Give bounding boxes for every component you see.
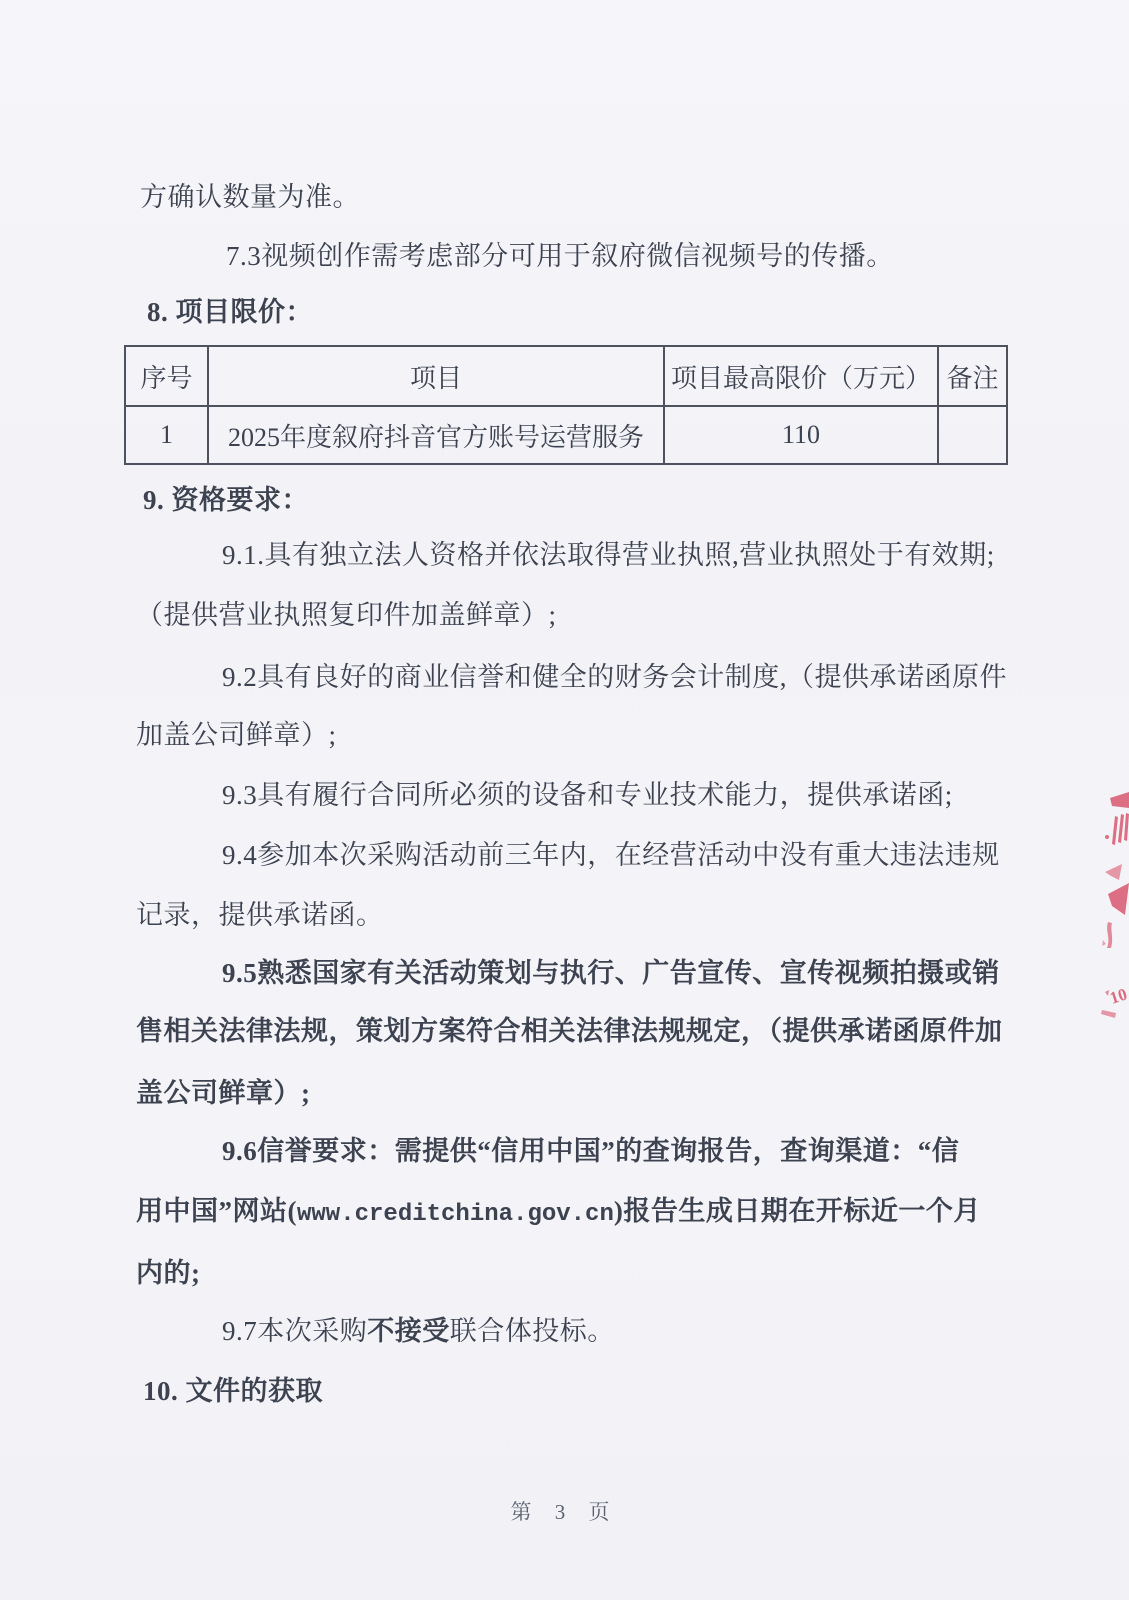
red-stamp-fragment: 10 (1090, 782, 1129, 1022)
heading-10: 10. 文件的获取 (143, 1377, 323, 1407)
cell-max-price: 110 (664, 406, 938, 464)
para-7-continuation: 方确认数量为准。 (140, 183, 360, 213)
para-9-4-line2: 记录，提供承诺函。 (136, 901, 384, 931)
para-9-4-line1: 9.4参加本次采购活动前三年内，在经营活动中没有重大违法违规 (222, 841, 1000, 871)
para-9-2-line1: 9.2具有良好的商业信誉和健全的财务会计制度,（提供承诺函原件 (222, 663, 1007, 693)
page-number: 第 3 页 (0, 1496, 1129, 1526)
para-9-3: 9.3具有履行合同所必须的设备和专业技术能力，提供承诺函; (222, 781, 953, 811)
table-header-row: 序号 项目 项目最高限价（万元） 备注 (125, 346, 1007, 406)
stamp-number: 10 (1107, 984, 1129, 1007)
heading-9: 9. 资格要求： (143, 486, 309, 516)
cell-index: 1 (125, 406, 208, 464)
para-9-6-line1: 9.6信誉要求：需提供“信用中国”的查询报告，查询渠道：“信 (222, 1137, 959, 1167)
cell-item: 2025年度叙府抖音官方账号运营服务 (208, 406, 664, 464)
para-9-7: 9.7本次采购不接受联合体投标。 (222, 1317, 615, 1347)
heading-8: 8. 项目限价： (147, 298, 313, 328)
para-9-1-line1: 9.1.具有独立法人资格并依法取得营业执照,营业执照处于有效期; (222, 541, 995, 571)
para-9-5-line3: 盖公司鲜章）; (136, 1079, 311, 1109)
table-row: 1 2025年度叙府抖音官方账号运营服务 110 (125, 406, 1007, 464)
col-header-index: 序号 (125, 346, 208, 406)
para-9-1-line2: （提供营业执照复印件加盖鲜章）; (136, 601, 557, 631)
cell-note (938, 406, 1007, 464)
scanned-document-page: { "page": { "background": "#f4f4f8", "te… (0, 0, 1129, 1600)
price-limit-table: 序号 项目 项目最高限价（万元） 备注 1 2025年度叙府抖音官方账号运营服务… (124, 345, 1008, 465)
para-9-5-line2: 售相关法律法规，策划方案符合相关法律法规规定，（提供承诺函原件加 (136, 1017, 1003, 1047)
para-9-5-line1: 9.5熟悉国家有关活动策划与执行、广告宣传、宣传视频拍摄或销 (222, 959, 1000, 989)
para-9-6-line2: 用中国”网站(www.creditchina.gov.cn)报告生成日期在开标近… (136, 1197, 981, 1228)
para-7-3: 7.3视频创作需考虑部分可用于叙府微信视频号的传播。 (226, 242, 894, 272)
col-header-note: 备注 (938, 346, 1007, 406)
col-header-max-price: 项目最高限价（万元） (664, 346, 938, 406)
para-9-6-line3: 内的; (136, 1259, 201, 1289)
col-header-item: 项目 (208, 346, 664, 406)
para-9-2-line2: 加盖公司鲜章）; (136, 721, 337, 751)
